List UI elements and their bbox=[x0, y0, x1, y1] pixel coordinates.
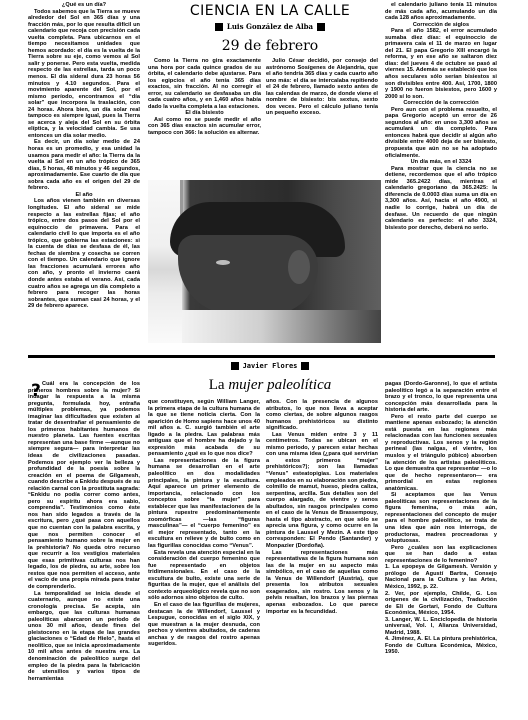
article1-title: 29 de febrero bbox=[180, 38, 360, 54]
paragraph: Para mostrar que la ciencia no se detien… bbox=[385, 166, 497, 231]
paragraph: pagas (Dordo-Garonne), lo que el artista… bbox=[385, 381, 497, 414]
paragraph: 4. Jiménez, A. El. La pintura prehistóri… bbox=[385, 636, 497, 656]
paragraph: Las Venus miden entre 3 y 11 centímetros… bbox=[266, 432, 378, 550]
square-bullet-icon bbox=[215, 23, 223, 31]
paragraph: Pero aun con el problema resuelto, el pa… bbox=[385, 107, 497, 159]
square-bullet-icon bbox=[231, 362, 239, 370]
paragraph: 2. Ver, por ejemplo, Childe, G. Los oríg… bbox=[385, 591, 497, 617]
article1-column-right: el calendario juliano tenía 11 minutos d… bbox=[385, 2, 497, 354]
paragraph: Todos sabemos que la Tierra se mueve alr… bbox=[28, 9, 140, 140]
article2-column-1: Cuál era la concepción de los primeros h… bbox=[28, 381, 140, 681]
square-bullet-icon bbox=[301, 362, 309, 370]
paragraph: años. Con la presencia de algunos atribu… bbox=[266, 399, 378, 432]
paragraph: Pero ¿cuáles son las explicaciones que s… bbox=[385, 545, 497, 565]
paragraph: Las representaciones de la figura humana… bbox=[148, 458, 260, 550]
article1-column-left: ¿Qué es un día?Todos sabemos que la Tier… bbox=[28, 2, 140, 354]
article1-column-middle-a: Como la Tierra no gira exactamente una h… bbox=[148, 58, 261, 178]
byline-article1: Luis González de Alba bbox=[180, 22, 360, 31]
paragraph: Es decir, un día solar medio de 24 horas… bbox=[28, 139, 140, 191]
article2-column-3: años. Con la presencia de algunos atribu… bbox=[266, 399, 378, 681]
byline-article2: Javier Flores bbox=[180, 362, 360, 370]
author-name: Javier Flores bbox=[243, 362, 298, 370]
paragraph: Las representaciones más representativas… bbox=[266, 550, 378, 615]
paragraph: 3. Langer, W. L. Enciclopedia de histori… bbox=[385, 617, 497, 637]
paragraph: Esta revela una atención especial en la … bbox=[148, 550, 260, 602]
section-divider-rule bbox=[28, 355, 495, 358]
photo-shirt bbox=[182, 310, 381, 343]
article2-column-4: pagas (Dordo-Garonne), lo que el artista… bbox=[385, 381, 497, 681]
portrait-photo bbox=[148, 180, 381, 343]
paragraph: Los años vienen también en diversas long… bbox=[28, 198, 140, 309]
paragraph: Como la Tierra no gira exactamente una h… bbox=[148, 58, 261, 110]
paragraph: el calendario juliano tenía 11 minutos d… bbox=[385, 2, 497, 22]
square-bullet-icon bbox=[317, 23, 325, 31]
paragraph: que constituyen, según William Langer, l… bbox=[148, 399, 260, 458]
section-header: CIENCIA EN LA CALLE bbox=[180, 3, 360, 19]
photo-background bbox=[148, 180, 182, 343]
title-italic: mujer paleolítica bbox=[228, 377, 331, 393]
author-name: Luis González de Alba bbox=[227, 22, 313, 31]
paragraph: 1. La epopeya de Gilgamesh. Versión y pr… bbox=[385, 564, 497, 590]
paragraph: Para el año 1582, el error acumulado sum… bbox=[385, 28, 497, 100]
paragraph: Cuál era la concepción de los primeros h… bbox=[28, 381, 140, 591]
paragraph: Pero el resto parte del cuerpo se mantie… bbox=[385, 414, 497, 493]
paragraph: La temporalidad se inicia desde el cuate… bbox=[28, 591, 140, 682]
photo-ear bbox=[288, 250, 310, 284]
photo-eye bbox=[216, 260, 230, 265]
paragraph: En el caso de las figurillas de mujeres,… bbox=[148, 602, 260, 648]
title-plain: La bbox=[209, 377, 229, 393]
paragraph: Julio César decidió, por consejo del ast… bbox=[266, 58, 378, 117]
article2-column-2: que constituyen, según William Langer, l… bbox=[148, 399, 260, 681]
article2-title: La mujer paleolítica bbox=[180, 377, 360, 394]
paragraph: Así como no se puede medir el año con 36… bbox=[148, 117, 261, 137]
paragraph: Si aceptamos que las Venus paleolíticas … bbox=[385, 492, 497, 544]
article1-column-middle-b: Julio César decidió, por consejo del ast… bbox=[266, 58, 378, 178]
